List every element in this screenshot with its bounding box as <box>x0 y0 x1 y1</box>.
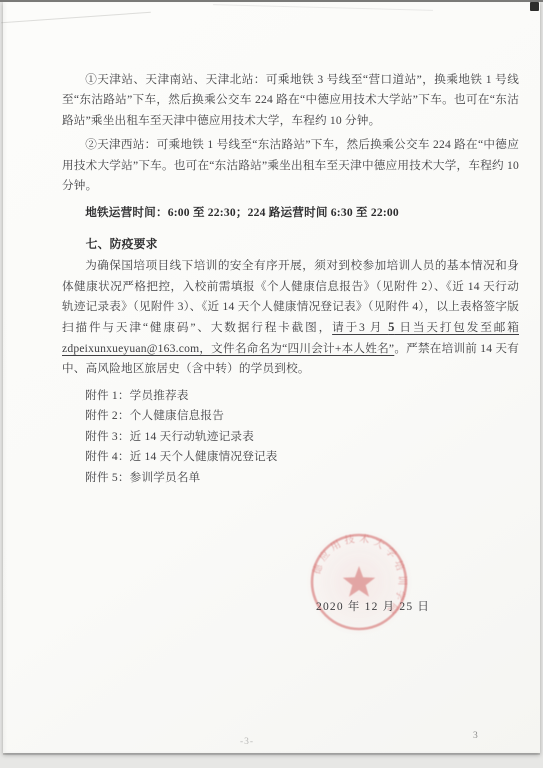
document-page: ①天津站、天津南站、天津北站：可乘地铁 3 号线至“营口道站”，换乘地铁 1 号… <box>3 1 540 753</box>
attachment-item-3: 附件 3：近 14 天行动轨迹记录表 <box>62 427 519 448</box>
attachment-item-2: 附件 2：个人健康信息报告 <box>62 406 519 427</box>
scanned-document-background: { "document": { "paragraphs": { "route1"… <box>0 0 543 768</box>
epidemic-requirements-paragraph: 为确保国培项目线下培训的安全有序开展，须对到校参加培训人员的基本情况和身体健康状… <box>62 256 519 379</box>
page-number-center: -3- <box>240 737 254 747</box>
issue-date: 2020 年 12 月 25 日 <box>316 598 430 614</box>
seal-star-icon <box>343 566 375 597</box>
attachment-item-5: 附件 5：参训学员名单 <box>62 468 519 489</box>
page-number-corner: 3 <box>473 731 478 741</box>
page-bottom-shadow <box>3 753 540 755</box>
paper-crease <box>1 12 151 23</box>
scan-scene: ①天津站、天津南站、天津北站：可乘地铁 3 号线至“营口道站”，换乘地铁 1 号… <box>0 0 543 768</box>
epidemic-underlined-deadline: 请于3 月 <box>332 321 388 334</box>
route-paragraph-2: ②天津西站：可乘地铁 1 号线至“东沽路站”下车，然后换乘公交车 224 路在“… <box>62 135 519 196</box>
attachment-item-4: 附件 4：近 14 天个人健康情况登记表 <box>62 447 519 468</box>
paper-crease <box>213 4 433 11</box>
official-red-seal: 天津中德应用技术大学培训学院 <box>297 520 421 644</box>
seal-graphic: 天津中德应用技术大学培训学院 <box>297 520 421 644</box>
text-column: ①天津站、天津南站、天津北站：可乘地铁 3 号线至“营口道站”，换乘地铁 1 号… <box>62 70 519 489</box>
attachment-item-1: 附件 1：学员推荐表 <box>62 386 519 407</box>
scan-top-edge <box>0 0 543 2</box>
route-paragraph-1: ①天津站、天津南站、天津北站：可乘地铁 3 号线至“营口道站”，换乘地铁 1 号… <box>62 70 519 131</box>
scan-corner-artifact <box>530 2 539 11</box>
section-7-heading: 七、防疫要求 <box>62 234 519 254</box>
attachment-list: 附件 1：学员推荐表 附件 2：个人健康信息报告 附件 3：近 14 天行动轨迹… <box>62 386 519 489</box>
operating-hours-line: 地铁运营时间：6:00 至 22:30；224 路运营时间 6:30 至 22:… <box>62 203 519 223</box>
